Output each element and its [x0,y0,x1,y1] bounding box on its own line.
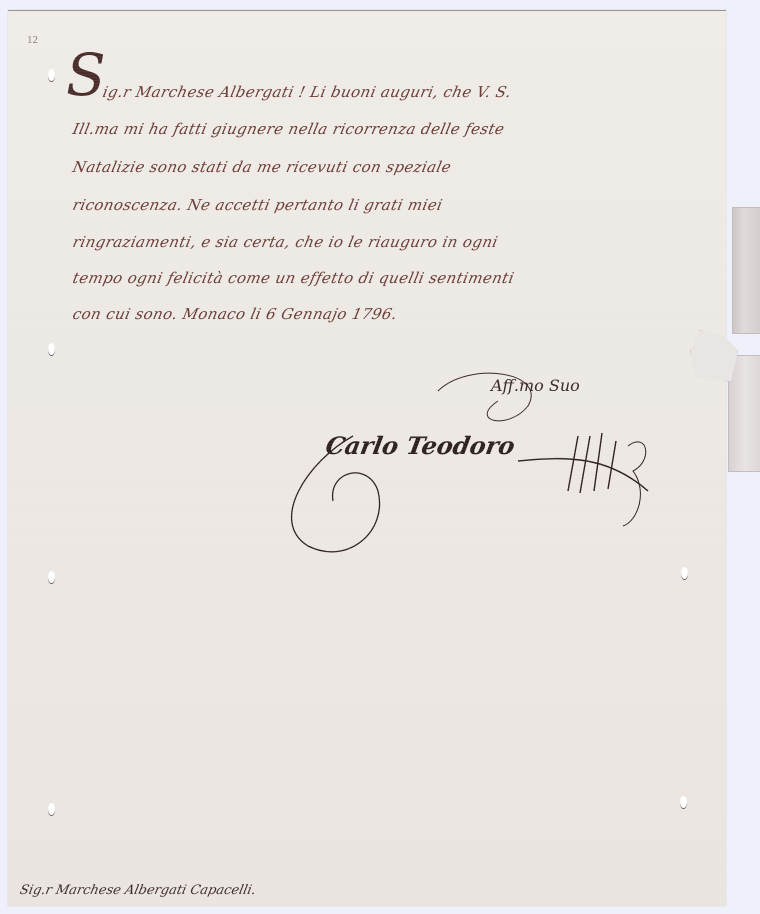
signature: Carlo Teodoro [323,431,517,460]
stitch-hole [48,571,55,583]
stitch-hole [681,567,688,579]
body-line: ig.r Marchese Albergati ! Li buoni augur… [101,83,513,101]
body-line: Natalizie sono stati da me ricevuti con … [71,158,453,176]
body-line: ringraziamenti, e sia certa, che io le r… [71,233,500,251]
body-line: Ill.ma mi ha fatti giugnere nella ricorr… [71,120,506,138]
stitch-hole [48,803,55,815]
torn-paper-fragment [690,330,738,382]
corner-mark: 12 [27,34,38,46]
body-line: riconoscenza. Ne accetti pertanto li gra… [71,196,444,214]
stitch-hole [48,69,55,81]
hinge-tab-top [732,207,760,334]
letter-page: 12 S ig.r Marchese Albergati ! Li buoni … [8,10,726,906]
stitch-hole [680,796,687,808]
document-viewer: 12 S ig.r Marchese Albergati ! Li buoni … [0,0,760,914]
stitch-hole [48,343,55,355]
signature-flourish [268,361,668,561]
body-line: con cui sono. Monaco li 6 Gennajo 1796. [71,305,399,323]
body-line: tempo ogni felicità come un effetto di q… [71,269,516,287]
salutation-initial: S [66,41,106,109]
address-line: Sig.r Marchese Albergati Capacelli. [18,883,257,898]
